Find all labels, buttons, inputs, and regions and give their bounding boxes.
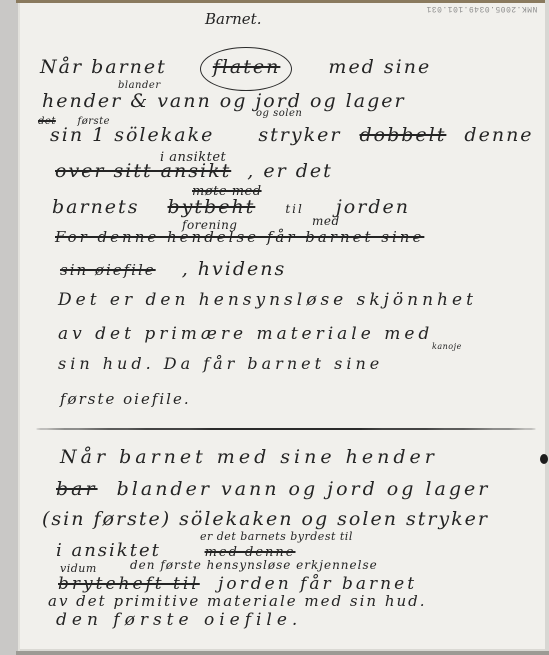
s1-line-6: For denne hendelse får barnet sine (55, 228, 424, 246)
s1-line-10: sin hud. Da får barnet sine (58, 354, 383, 373)
s1-line-5: barnets bytbeht til jorden (52, 196, 410, 218)
s1-insert-og-solen: og solen (256, 108, 302, 119)
s1-line-9: av det primære materiale med (58, 324, 433, 344)
s1-line-1: Når barnet flaten med sine (40, 56, 431, 78)
s2-line-1: Når barnet med sine hender (60, 446, 438, 468)
ink-blot-mark (540, 454, 548, 464)
section-divider-line (36, 428, 536, 430)
s2-line-3: (sin første) sölekaken og solen stryker (42, 508, 489, 530)
s1-line-11: første oiefile. (60, 390, 191, 408)
s1-insert-med: med (312, 214, 340, 228)
s2-line-5: den første hensynsløse erkjennelse (130, 558, 378, 572)
s1-line-4: over sitt ansikt , er det (55, 160, 333, 182)
s2-line-7: av det primitive materiale med sin hud. (48, 592, 427, 610)
page-bottom-edge (16, 651, 549, 655)
s1-insert-kanoje: kanoje (432, 342, 462, 351)
s1-line-2: hender & vann og jord og lager (42, 90, 406, 112)
page-right-edge (545, 0, 549, 655)
s2-line-6: bryteheft til jorden får barnet (58, 574, 417, 594)
archive-stamp: NMK.2005.0349.101.031 (426, 4, 537, 13)
s1-line-3: sin 1 sölekake stryker dobbelt denne (50, 124, 534, 146)
s2-line-2: bar blander vann og jord og lager (56, 478, 490, 500)
s1-line-7: sin øiefile , hvidens (60, 258, 286, 280)
page-title: Barnet. (205, 10, 261, 28)
s1-line-8: Det er den hensynsløse skjönnhet (58, 290, 477, 310)
s2-line-8: den første oiefile. (56, 610, 302, 630)
